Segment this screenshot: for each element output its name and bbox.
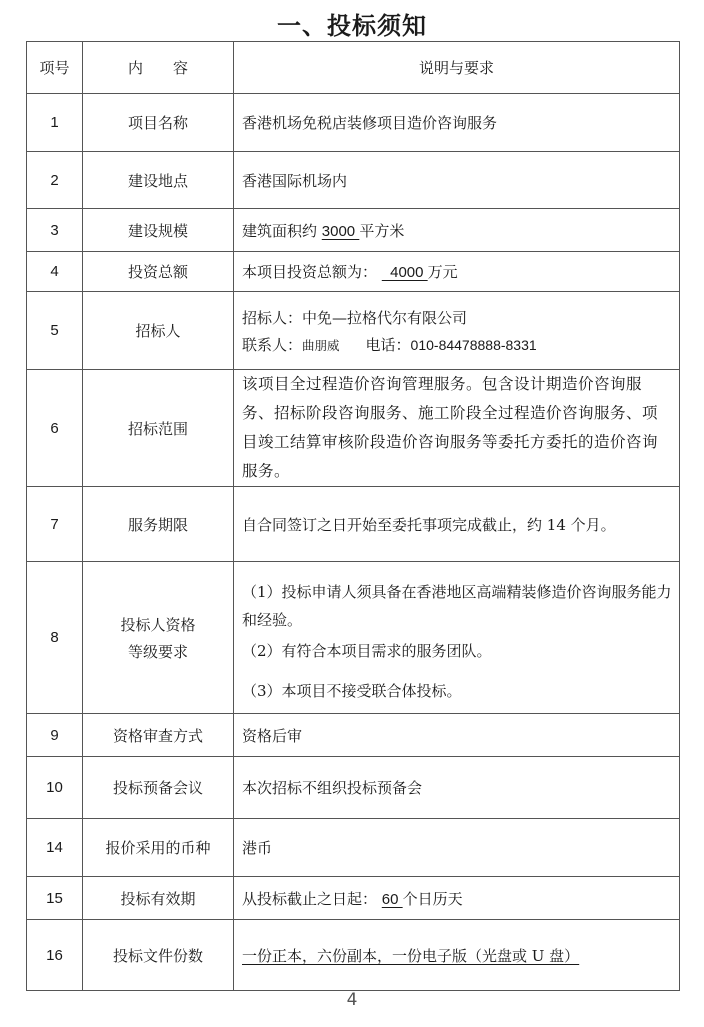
table-row: 9 资格审查方式 资格后审 <box>27 714 680 757</box>
table-row: 15 投标有效期 从投标截止之日起： 60 个日历天 <box>27 877 680 920</box>
area-value: 3000 <box>322 223 360 240</box>
row-number: 3 <box>27 209 83 252</box>
row-description: 招标人：中免—拉格代尔有限公司 联系人：曲朋威电话：010-84478888-8… <box>234 292 680 370</box>
row-description: 港币 <box>234 819 680 877</box>
row-number: 16 <box>27 920 83 991</box>
row-description: 本次招标不组织投标预备会 <box>234 757 680 819</box>
table-row: 7 服务期限 自合同签订之日开始至委托事项完成截止，约 14 个月。 <box>27 487 680 562</box>
row-description: 建筑面积约 3000 平方米 <box>234 209 680 252</box>
page-number: 4 <box>0 990 704 1010</box>
validity-value: 60 <box>382 891 403 908</box>
document-title: 一、投标须知 <box>0 6 704 41</box>
row-number: 4 <box>27 252 83 292</box>
table-header-row: 项号 内 容 说明与要求 <box>27 42 680 94</box>
header-description: 说明与要求 <box>234 42 680 94</box>
table-row: 14 报价采用的币种 港币 <box>27 819 680 877</box>
header-item-number: 项号 <box>27 42 83 94</box>
row-number: 5 <box>27 292 83 370</box>
row-item: 建设规模 <box>83 209 234 252</box>
row-description: 从投标截止之日起： 60 个日历天 <box>234 877 680 920</box>
row-description: 香港国际机场内 <box>234 152 680 209</box>
phone-label: 电话： <box>366 336 411 354</box>
investment-unit: 万元 <box>428 263 458 281</box>
investment-value: 4000 <box>382 264 428 281</box>
bidding-notice-table: 项号 内 容 说明与要求 1 项目名称 香港机场免税店装修项目造价咨询服务 2 … <box>26 41 680 991</box>
row-number: 15 <box>27 877 83 920</box>
copies-requirement: 一份正本，六份副本，一份电子版（光盘或 U 盘） <box>242 947 579 965</box>
row-item: 投标文件份数 <box>83 920 234 991</box>
row-number: 6 <box>27 370 83 487</box>
row-item: 招标范围 <box>83 370 234 487</box>
row-item: 投资总额 <box>83 252 234 292</box>
row-description: 一份正本，六份副本，一份电子版（光盘或 U 盘） <box>234 920 680 991</box>
row-number: 14 <box>27 819 83 877</box>
table-row: 1 项目名称 香港机场免税店装修项目造价咨询服务 <box>27 94 680 152</box>
row-item: 投标有效期 <box>83 877 234 920</box>
row-number: 10 <box>27 757 83 819</box>
table-row: 5 招标人 招标人：中免—拉格代尔有限公司 联系人：曲朋威电话：010-8447… <box>27 292 680 370</box>
phone-number: 010-84478888-8331 <box>411 337 537 353</box>
contact-line: 联系人：曲朋威电话：010-84478888-8331 <box>242 334 673 355</box>
row-number: 2 <box>27 152 83 209</box>
qualification-item-3: （3）本项目不接受联合体投标。 <box>242 684 673 698</box>
table-row: 4 投资总额 本项目投资总额为： 4000 万元 <box>27 252 680 292</box>
validity-unit: 个日历天 <box>403 890 463 908</box>
qualification-item-1: （1）投标申请人须具备在香港地区高端精装修造价咨询服务能力和经验。 <box>242 578 673 634</box>
area-unit: 平方米 <box>359 222 404 240</box>
row-item-line1: 投标人资格 <box>83 614 233 635</box>
area-label: 建筑面积约 <box>242 222 322 240</box>
row-item: 招标人 <box>83 292 234 370</box>
investment-label: 本项目投资总额为： <box>242 263 382 281</box>
validity-label: 从投标截止之日起： <box>242 890 382 908</box>
table-row: 2 建设地点 香港国际机场内 <box>27 152 680 209</box>
table-row: 8 投标人资格 等级要求 （1）投标申请人须具备在香港地区高端精装修造价咨询服务… <box>27 562 680 714</box>
table-row: 10 投标预备会议 本次招标不组织投标预备会 <box>27 757 680 819</box>
contact-name: 曲朋威 <box>302 338 340 353</box>
row-item: 建设地点 <box>83 152 234 209</box>
table-row: 16 投标文件份数 一份正本，六份副本，一份电子版（光盘或 U 盘） <box>27 920 680 991</box>
qualification-item-2: （2）有符合本项目需求的服务团队。 <box>242 644 673 658</box>
row-description: 该项目全过程造价咨询管理服务。包含设计期造价咨询服务、招标阶段咨询服务、施工阶段… <box>234 370 680 487</box>
tenderer-name: 招标人：中免—拉格代尔有限公司 <box>242 307 673 328</box>
row-description: （1）投标申请人须具备在香港地区高端精装修造价咨询服务能力和经验。 （2）有符合… <box>234 562 680 714</box>
contact-label: 联系人： <box>242 336 302 354</box>
row-item: 投标人资格 等级要求 <box>83 562 234 714</box>
row-description: 本项目投资总额为： 4000 万元 <box>234 252 680 292</box>
header-content: 内 容 <box>83 42 234 94</box>
table-row: 6 招标范围 该项目全过程造价咨询管理服务。包含设计期造价咨询服务、招标阶段咨询… <box>27 370 680 487</box>
row-item: 项目名称 <box>83 94 234 152</box>
row-description: 自合同签订之日开始至委托事项完成截止，约 14 个月。 <box>234 487 680 562</box>
row-item-line2: 等级要求 <box>83 641 233 662</box>
row-item: 服务期限 <box>83 487 234 562</box>
row-number: 7 <box>27 487 83 562</box>
row-item: 报价采用的币种 <box>83 819 234 877</box>
row-item: 资格审查方式 <box>83 714 234 757</box>
row-description: 资格后审 <box>234 714 680 757</box>
table-row: 3 建设规模 建筑面积约 3000 平方米 <box>27 209 680 252</box>
row-item: 投标预备会议 <box>83 757 234 819</box>
row-number: 8 <box>27 562 83 714</box>
row-number: 1 <box>27 94 83 152</box>
row-number: 9 <box>27 714 83 757</box>
row-description: 香港机场免税店装修项目造价咨询服务 <box>234 94 680 152</box>
